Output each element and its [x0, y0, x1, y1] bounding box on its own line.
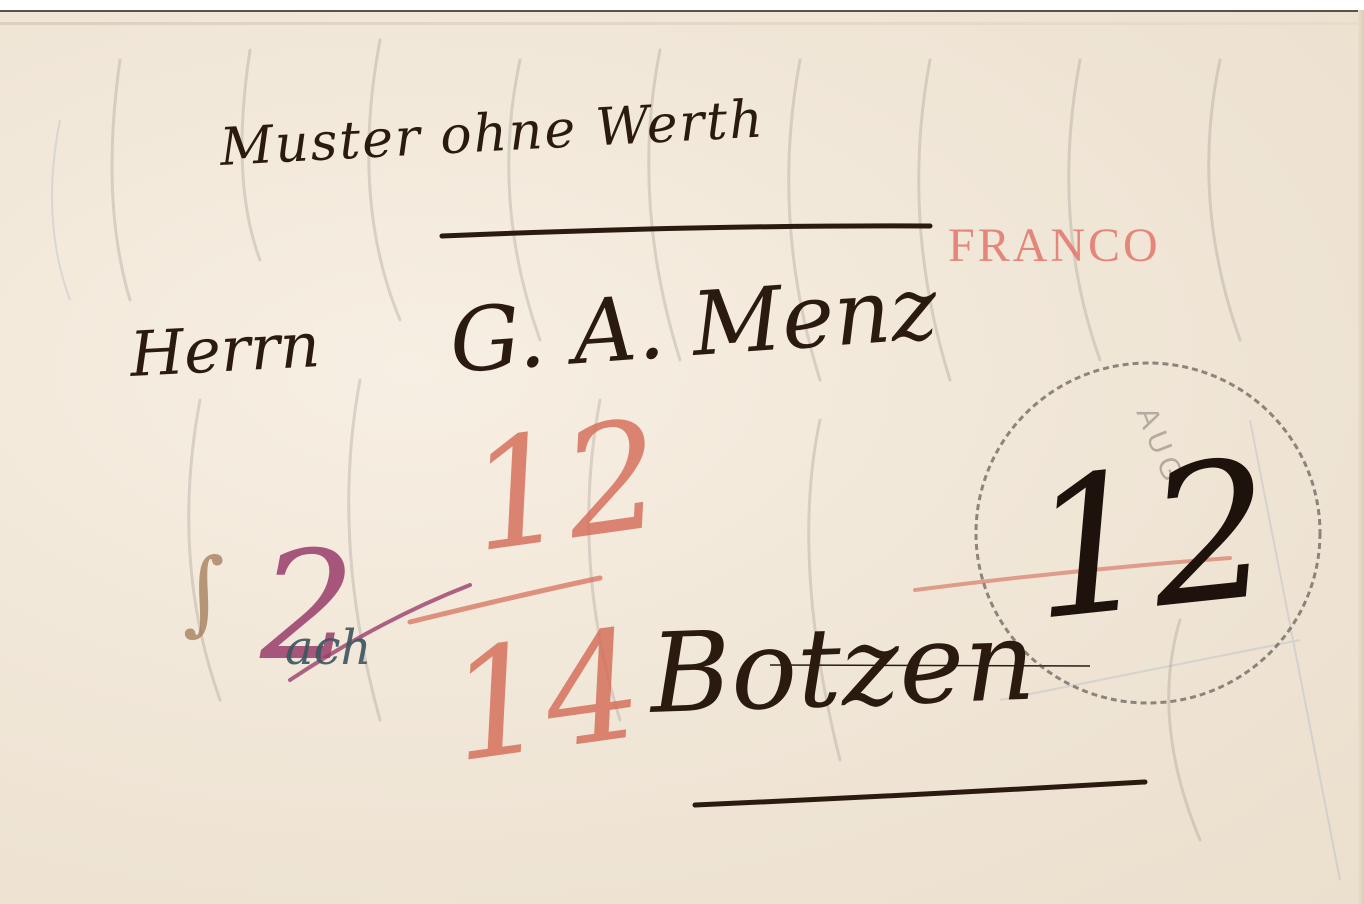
red-crayon-rate-lower: 14	[439, 598, 652, 797]
franco-handstamp: FRANCO	[948, 218, 1161, 273]
salutation-herrn: Herrn	[128, 308, 322, 391]
brown-ink-mark: ∫	[176, 538, 230, 646]
destination-city: Botzen	[648, 597, 1037, 738]
blue-ink-note: ach	[285, 620, 371, 676]
black-postage-rate: 12	[1019, 418, 1283, 663]
red-crayon-rate-upper: 12	[459, 388, 672, 587]
